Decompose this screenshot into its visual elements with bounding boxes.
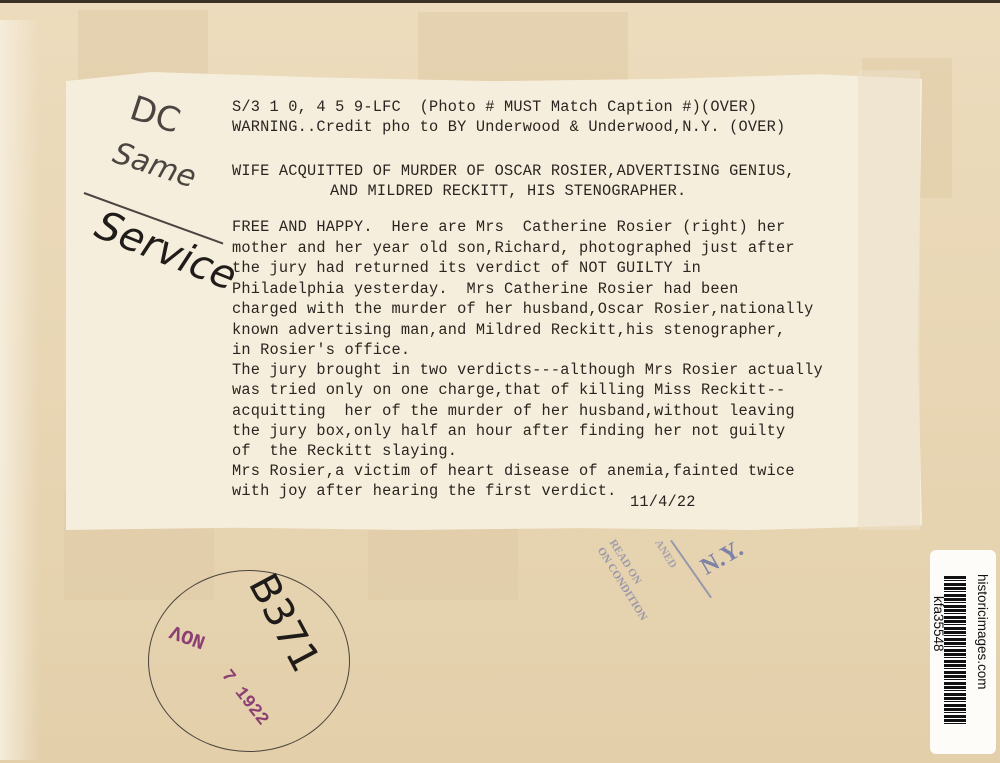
caption-body-line: charged with the murder of her husband,O… [232,299,814,320]
caption-body-line: in Rosier's office. [232,340,410,361]
top-edge [0,0,1000,3]
caption-body-line: mother and her year old son,Richard, pho… [232,238,795,259]
archive-label: historicimages.com kfa35548 [930,550,996,754]
caption-body-line: the jury box,only half an hour after fin… [232,421,785,442]
caption-body-line: FREE AND HAPPY. Here are Mrs Catherine R… [232,217,785,238]
left-edge-highlight [0,20,40,760]
caption-body-line: acquitting her of the murder of her husb… [232,401,795,422]
barcode [944,576,966,726]
caption-body-line: with joy after hearing the first verdict… [232,481,617,502]
caption-headline-line-2: AND MILDRED RECKITT, HIS STENOGRAPHER. [330,181,686,202]
caption-body-line: known advertising man,and Mildred Reckit… [232,320,785,341]
caption-body-line: Mrs Rosier,a victim of heart disease of … [232,461,795,482]
caption-body-line: Philadelphia yesterday. Mrs Catherine Ro… [232,279,739,300]
caption-body-line: was tried only on one charge,that of kil… [232,380,785,401]
label-item-id: kfa35548 [931,596,946,652]
tape-strip [858,70,920,530]
caption-header-line-2: WARNING..Credit pho to BY Underwood & Un… [232,117,785,138]
caption-body-line: The jury brought in two verdicts---altho… [232,360,823,381]
caption-body-line: of the Reckitt slaying. [232,441,457,462]
caption-header-line-1: S/3 1 0, 4 5 9-LFC (Photo # MUST Match C… [232,97,757,118]
caption-headline-line-1: WIFE ACQUITTED OF MURDER OF OSCAR ROSIER… [232,161,795,182]
caption-body-line: the jury had returned its verdict of NOT… [232,258,701,279]
caption-date: 11/4/22 [630,492,696,513]
label-site: historicimages.com [975,574,990,690]
